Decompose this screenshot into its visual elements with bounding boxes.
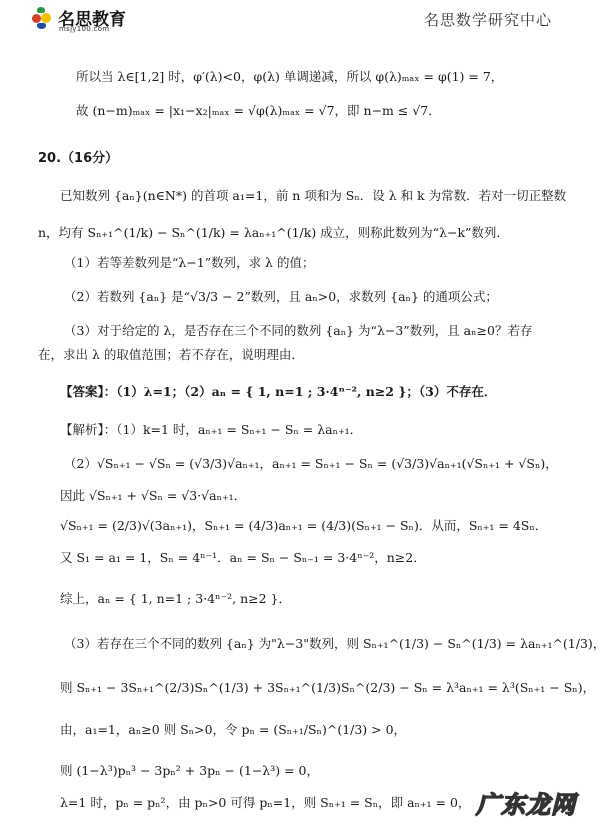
text-line: 因此 √Sₙ₊₁ + √Sₙ = √3·√aₙ₊₁． — [60, 488, 246, 504]
center-title: 名思数学研究中心 — [424, 9, 552, 30]
page-header: 名思教育 msjy100.com 名思数学研究中心 — [0, 0, 610, 40]
text-line: 已知数列 {aₙ}(n∈N*) 的首项 a₁=1，前 n 项和为 Sₙ．设 λ … — [60, 188, 566, 204]
subquestion-1: （1）若等差数列是“λ−1”数列，求 λ 的值； — [64, 255, 314, 271]
text-line: 故 (n−m)ₘₐₓ = |x₁−x₂|ₘₐₓ = √φ(λ)ₘₐₓ = √7，… — [76, 103, 441, 119]
text-line: 由，a₁=1，aₙ≥0 则 Sₙ>0，令 pₙ = (Sₙ₊₁/Sₙ)^(1/3… — [60, 722, 406, 738]
question-title: 20.（16分） — [38, 151, 118, 167]
logo-icon — [32, 7, 54, 29]
logo-url: msjy100.com — [59, 25, 109, 33]
text-line: 则 (1−λ³)pₙ³ − 3pₙ² + 3pₙ − (1−λ³) = 0， — [60, 763, 319, 779]
text-line: 在，求出 λ 的取值范围；若不存在，说明理由． — [38, 347, 304, 363]
text-line: （3）若存在三个不同的数列 {aₙ} 为"λ−3"数列，则 Sₙ₊₁^(1/3)… — [64, 636, 605, 652]
text-line: 综上，aₙ = { 1, n=1 ; 3·4ⁿ⁻², n≥2 }． — [60, 591, 291, 607]
text-line: λ=1 时，pₙ = pₙ²，由 pₙ>0 可得 pₙ=1，则 Sₙ₊₁ = S… — [60, 795, 470, 811]
text-line: 则 Sₙ₊₁ − 3Sₙ₊₁^(2/3)Sₙ^(1/3) + 3Sₙ₊₁^(1/… — [60, 680, 595, 696]
text-line: 所以当 λ∈[1,2] 时，φ′(λ)<0，φ(λ) 单调递减，所以 φ(λ)ₘ… — [76, 69, 503, 85]
text-line: n，均有 Sₙ₊₁^(1/k) − Sₙ^(1/k) = λaₙ₊₁^(1/k)… — [38, 225, 509, 241]
text-line: 又 S₁ = a₁ = 1，Sₙ = 4ⁿ⁻¹．aₙ = Sₙ − Sₙ₋₁ =… — [60, 550, 426, 566]
logo: 名思教育 msjy100.com — [32, 3, 132, 33]
text-line: （2）√Sₙ₊₁ − √Sₙ = (√3/3)√aₙ₊₁，aₙ₊₁ = Sₙ₊₁… — [64, 456, 558, 472]
subquestion-2: （2）若数列 {aₙ} 是“√3/3 − 2”数列，且 aₙ>0，求数列 {aₙ… — [64, 289, 498, 305]
watermark: 广东龙网 — [476, 785, 576, 820]
text-line: √Sₙ₊₁ = (2/3)√(3aₙ₊₁)，Sₙ₊₁ = (4/3)aₙ₊₁ =… — [60, 518, 547, 534]
subquestion-3: （3）对于给定的 λ，是否存在三个不同的数列 {aₙ} 为“λ−3”数列，且 a… — [64, 323, 532, 339]
analysis-line: 【解析】：（1）k=1 时，aₙ₊₁ = Sₙ₊₁ − Sₙ = λaₙ₊₁． — [60, 422, 362, 438]
answer-line: 【答案】：（1）λ=1；（2）aₙ = { 1, n=1 ; 3·4ⁿ⁻², n… — [60, 384, 496, 400]
